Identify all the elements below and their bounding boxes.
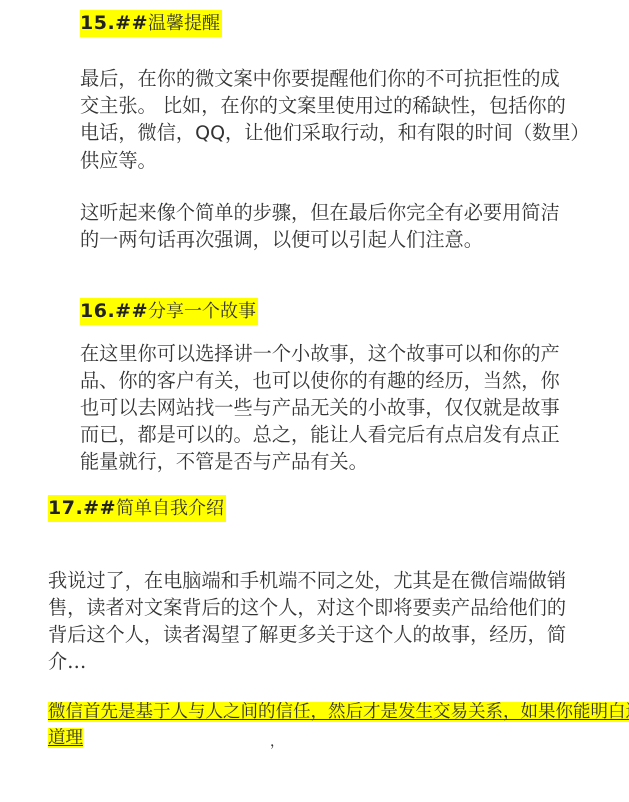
text-line: 的一两句话再次强调，以便可以引起人们注意。	[80, 226, 560, 253]
paragraph-reminder: 最后，在你的微文案中你要提醒他们你的不可抗拒性的成 交主张。 比如，在你的文案里…	[80, 65, 590, 174]
section-heading-15: 15.##温馨提醒	[80, 10, 222, 37]
highlight-row: 微信首先是基于人与人之间的信任，然后才是发生交易关系，如果你能明白这个	[48, 699, 629, 725]
text-line: 能量就行，不管是否与产品有关。	[80, 448, 560, 475]
paragraph-story: 在这里你可以选择讲一个小故事，这个故事可以和你的产 品、你的客户有关，也可以使你…	[80, 340, 560, 475]
highlighted-text: 道理	[48, 728, 83, 748]
section-title: 温馨提醒	[148, 13, 220, 34]
section-number: 15.##	[80, 12, 148, 34]
section-heading-16: 16.##分享一个故事	[80, 298, 258, 325]
text-line: 最后，在你的微文案中你要提醒他们你的不可抗拒性的成	[80, 65, 590, 92]
qq-text: QQ	[195, 122, 225, 144]
paragraph-emphasis: 这听起来像个简单的步骤，但在最后你完全有必要用简洁 的一两句话再次强调，以便可以…	[80, 199, 560, 253]
text-line: 在这里你可以选择讲一个小故事，这个故事可以和你的产	[80, 340, 560, 367]
text-line: 我说过了，在电脑端和手机端不同之处，尤其是在微信端做销	[48, 567, 566, 594]
text-line: 背后这个人，读者渴望了解更多关于这个人的故事，经历，简	[48, 621, 566, 648]
text-line: 品、你的客户有关，也可以使你的有趣的经历，当然，你	[80, 367, 560, 394]
text-line: 也可以去网站找一些与产品无关的小故事，仅仅就是故事	[80, 394, 560, 421]
highlighted-trust-note: 微信首先是基于人与人之间的信任，然后才是发生交易关系，如果你能明白这个 道理	[48, 699, 629, 751]
text-line: 电话，微信，QQ，让他们采取行动，和有限的时间（数里）	[80, 119, 590, 147]
highlight-row: 道理	[48, 725, 629, 751]
text-line: 供应等。	[80, 147, 590, 174]
text-line: 介…	[48, 648, 566, 675]
section-number: 16.##	[80, 300, 148, 322]
text-line: 售，读者对文案背后的这个人，对这个即将要卖产品给他们的	[48, 594, 566, 621]
text-line: 交主张。 比如，在你的文案里使用过的稀缺性，包括你的	[80, 92, 590, 119]
text-fragment: ，让他们采取行动，和有限的时间（数里）	[225, 121, 590, 144]
text-line: 这听起来像个简单的步骤，但在最后你完全有必要用简洁	[80, 199, 560, 226]
text-fragment: 电话，微信，	[80, 121, 195, 144]
section-heading-17: 17.##简单自我介绍	[48, 495, 226, 522]
section-number: 17.##	[48, 497, 116, 519]
text-line: 而已，都是可以的。总之，能让人看完后有点启发有点正	[80, 421, 560, 448]
section-title: 分享一个故事	[148, 301, 256, 322]
highlighted-text: 微信首先是基于人与人之间的信任，然后才是发生交易关系，如果你能明白这个	[48, 702, 629, 722]
paragraph-self-intro: 我说过了，在电脑端和手机端不同之处，尤其是在微信端做销 售，读者对文案背后的这个…	[48, 567, 566, 675]
trailing-comma: ，	[270, 731, 284, 751]
section-title: 简单自我介绍	[116, 498, 224, 519]
